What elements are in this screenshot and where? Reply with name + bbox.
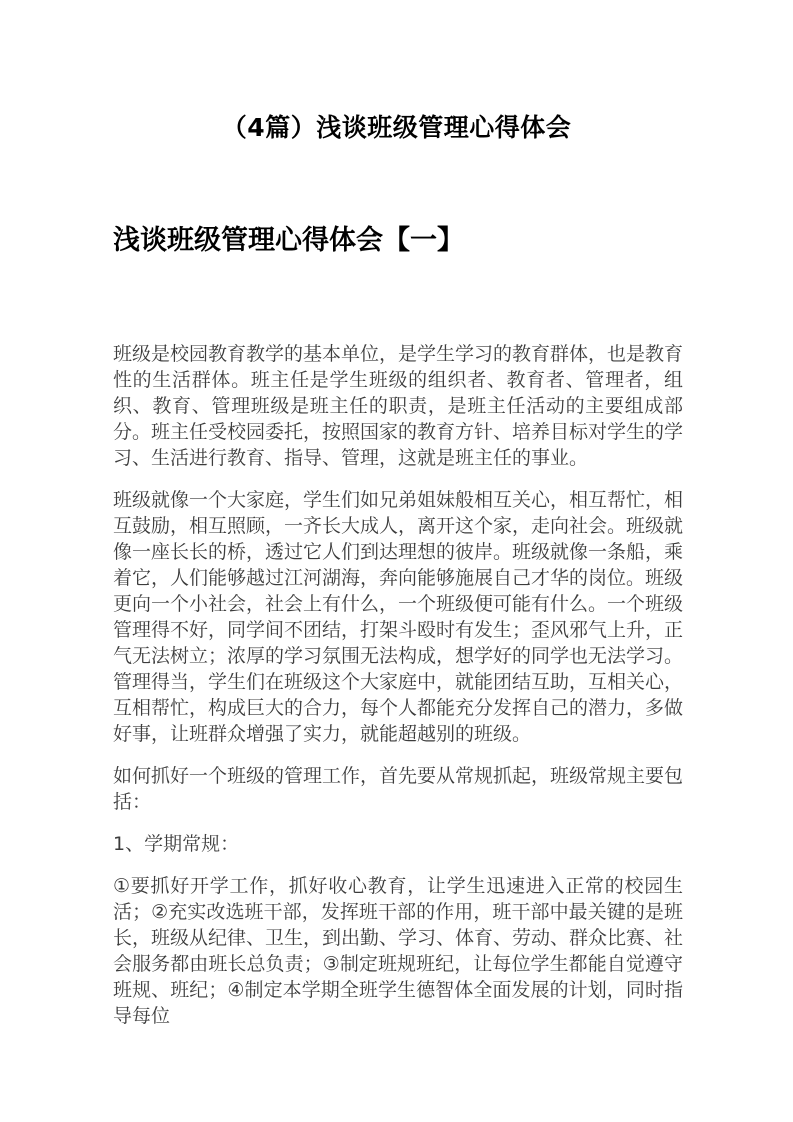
paragraph-intro: 班级是校园教育教学的基本单位，是学生学习的教育群体，也是教育性的生活群体。班主任…: [113, 341, 683, 471]
document-page: （4篇）浅谈班级管理心得体会 浅谈班级管理心得体会【一】 班级是校园教育教学的基…: [0, 0, 793, 1122]
document-title: （4篇）浅谈班级管理心得体会: [0, 112, 793, 143]
paragraph-term-routine-label: 1、学期常规：: [113, 831, 683, 857]
section-heading: 浅谈班级管理心得体会【一】: [113, 224, 464, 258]
paragraph-routine-intro: 如何抓好一个班级的管理工作，首先要从常规抓起，班级常规主要包括：: [113, 763, 683, 815]
paragraph-term-routine-items: ①要抓好开学工作，抓好收心教育，让学生迅速进入正常的校园生活；②充实改选班干部，…: [113, 873, 683, 1029]
document-body: 班级是校园教育教学的基本单位，是学生学习的教育群体，也是教育性的生活群体。班主任…: [113, 341, 683, 1045]
paragraph-family-analogy: 班级就像一个大家庭，学生们如兄弟姐妹般相互关心，相互帮忙，相互鼓励，相互照顾，一…: [113, 487, 683, 747]
